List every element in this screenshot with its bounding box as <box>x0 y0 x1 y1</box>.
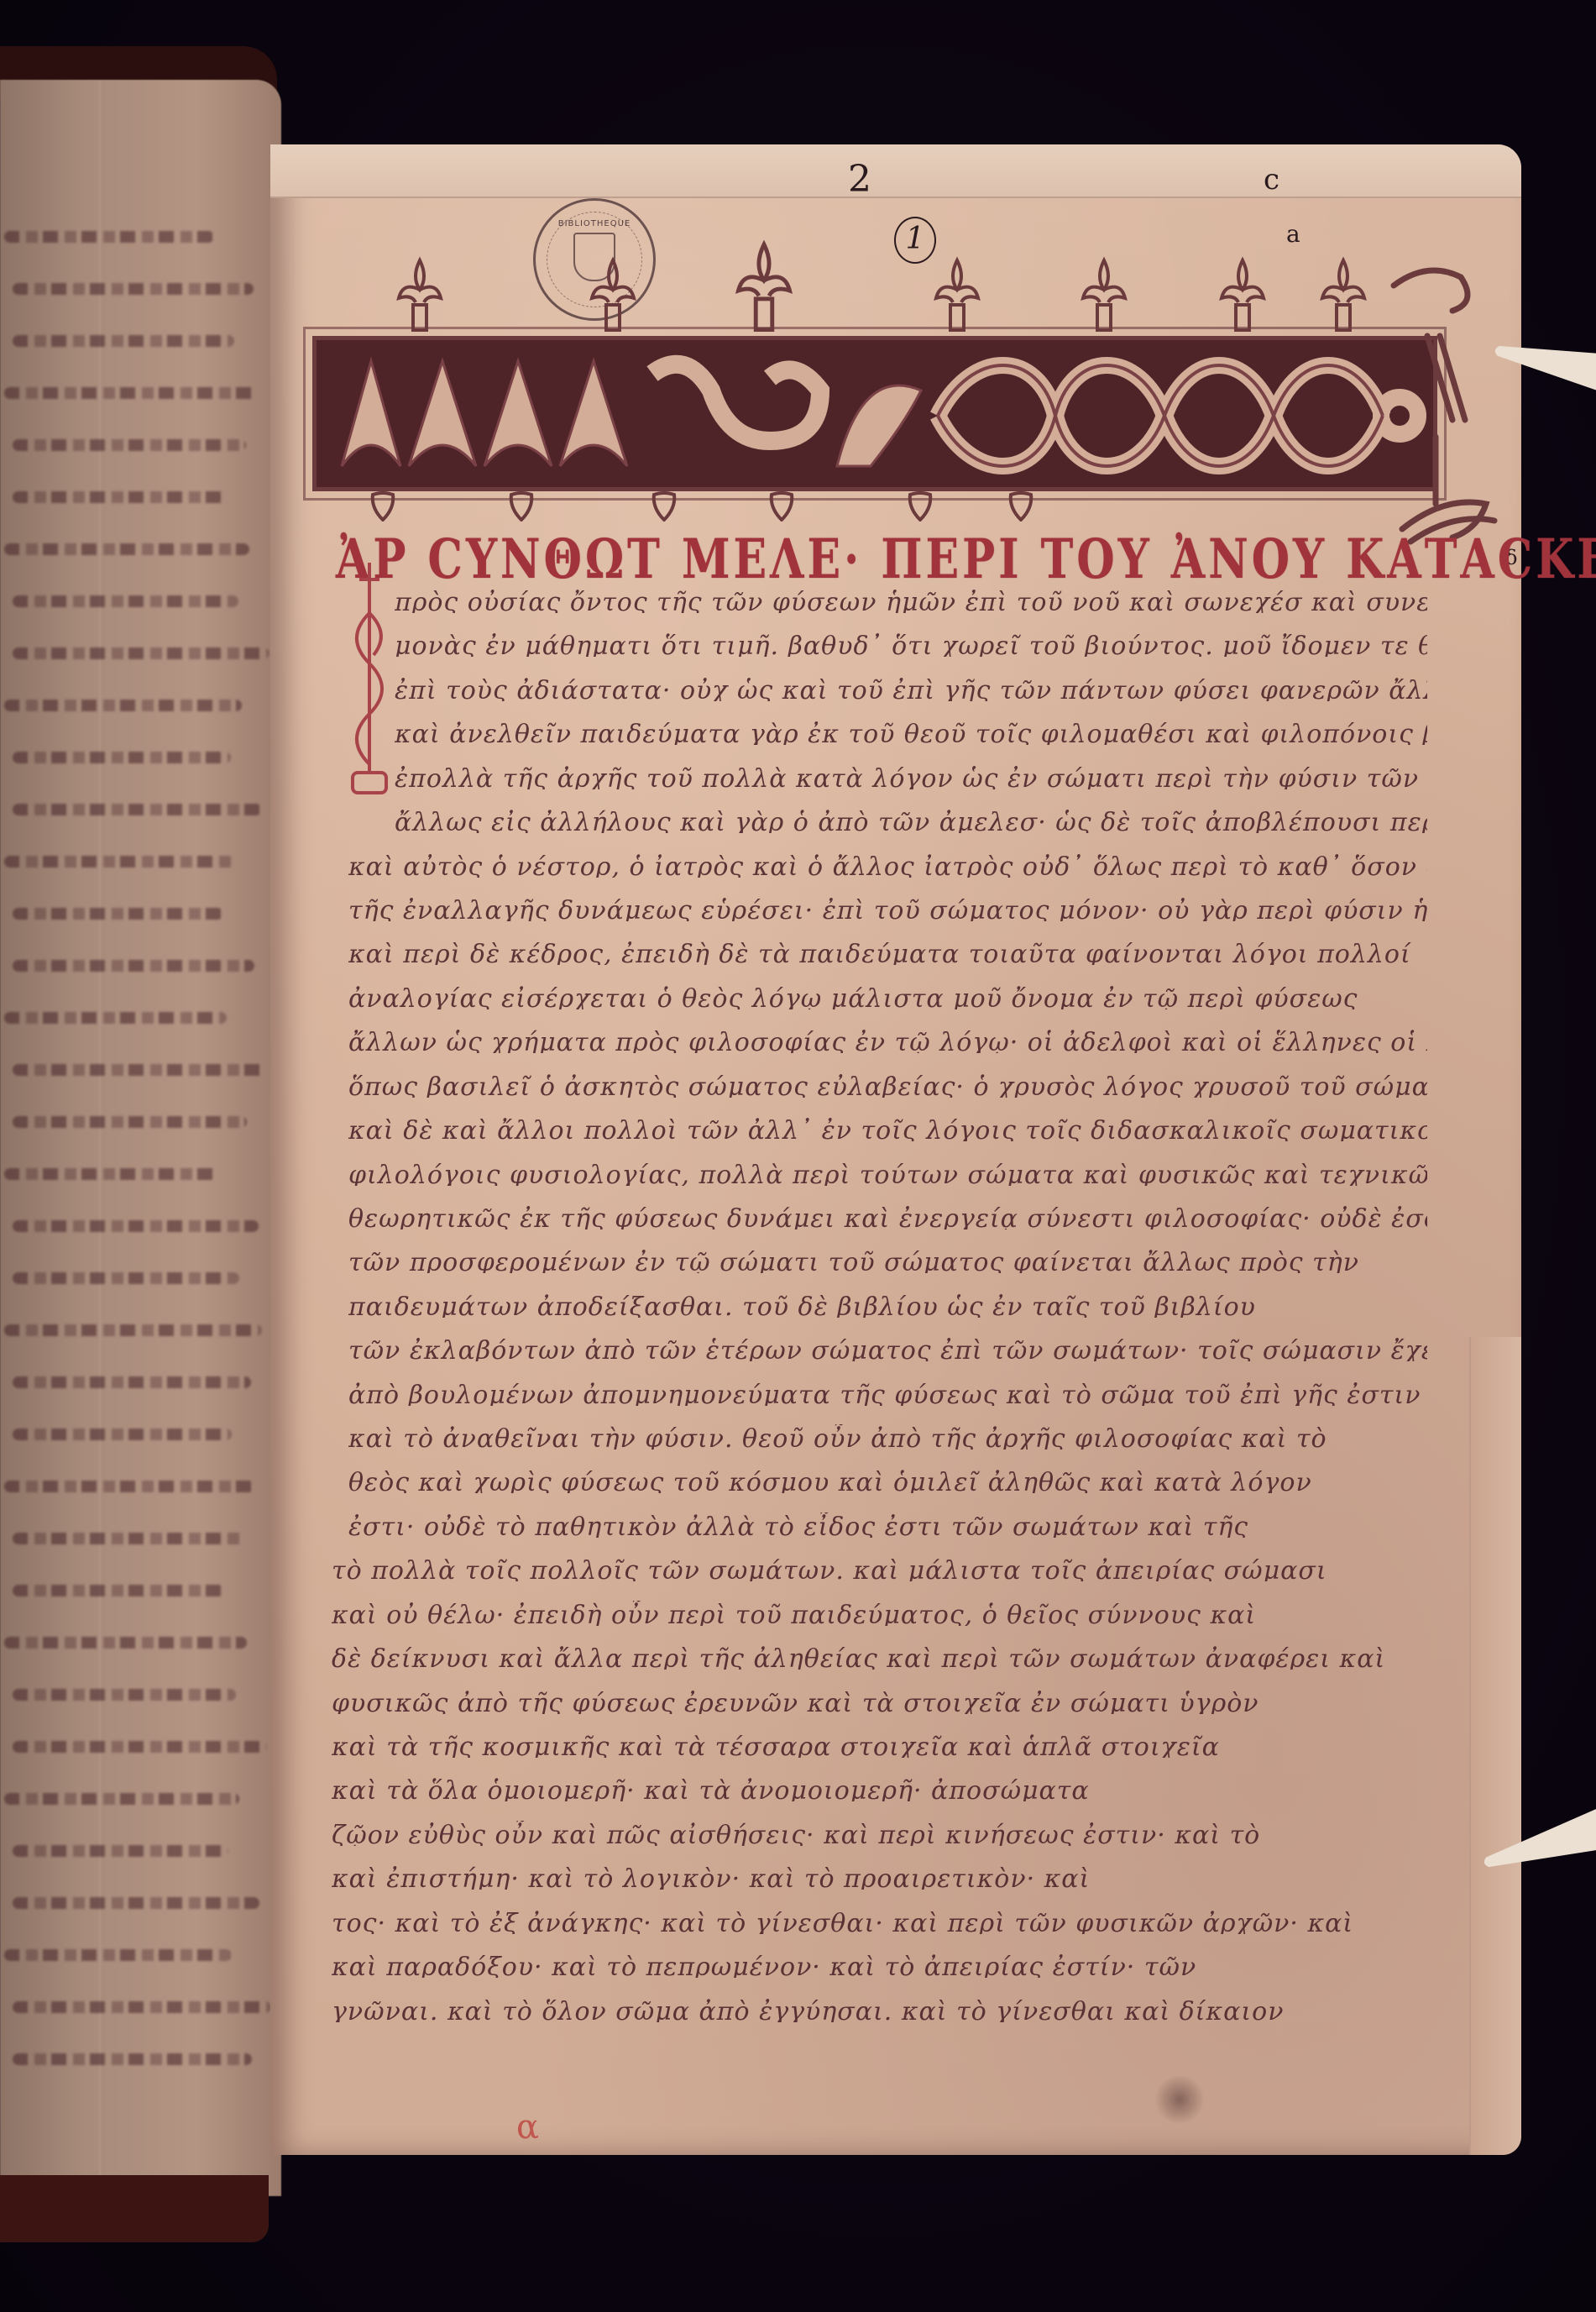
left-page-text-line <box>13 1064 266 1076</box>
left-page-text-line <box>13 1845 228 1857</box>
manuscript-text-line: ἀναλογίας εἰσέρχεται ὁ θεὸς λόγῳ μάλιστα… <box>348 984 1427 1009</box>
left-page-text-line <box>13 647 269 659</box>
left-page-text-line <box>13 1689 236 1701</box>
ornament-drop-icon <box>907 491 934 522</box>
fleur-finial-icon <box>1217 256 1268 332</box>
quire-signature: α <box>516 2108 539 2147</box>
left-page-text-line <box>4 543 249 555</box>
ornament-drop-icon <box>768 491 795 522</box>
manuscript-text-line: τῶν ἐκλαβόντων ἀπὸ τῶν ἑτέρων σώματος ἐπ… <box>348 1336 1427 1361</box>
fleur-finial-icon <box>588 256 638 332</box>
left-page-text-line <box>13 491 227 503</box>
circled-folio-number: 1 <box>894 217 936 264</box>
left-facing-page <box>0 80 281 2196</box>
left-page-text-line <box>4 1793 239 1805</box>
left-page-text-line <box>13 595 238 607</box>
manuscript-text-line: καὶ οὐ θέλω· ἐπειδὴ οὖν περὶ τοῦ παιδεύμ… <box>332 1601 1427 1626</box>
manuscript-text-line: τὸ πολλὰ τοῖς πολλοῖς τῶν σωμάτων. καὶ μ… <box>332 1556 1427 1581</box>
manuscript-text-line: καὶ τὰ τῆς κοσμικῆς καὶ τὰ τέσσαρα στοιχ… <box>332 1733 1427 1758</box>
manuscript-text-line: καὶ δὲ καὶ ἄλλοι πολλοὶ τῶν ἀλλ᾽ ἐν τοῖς… <box>348 1116 1427 1141</box>
left-page-text-line <box>4 1012 227 1024</box>
fleur-finial-icon <box>1318 256 1368 332</box>
ornament-drop-icon <box>369 491 396 522</box>
page-edge-flap <box>1469 1337 1521 2155</box>
left-page-text-line <box>13 908 223 920</box>
page-top-repair-strip <box>270 144 1521 198</box>
left-page-text-line <box>13 335 234 347</box>
manuscript-text-line: καὶ τὸ ἀναθεῖναι τὴν φύσιν. θεοῦ οὖν ἀπὸ… <box>348 1424 1427 1450</box>
rubricated-title: ἈΡ ϹΥΝΘΩΤ ΜΕΛΕ· ΠΕΡΙ ΤΟΥ ἈΝΟΥ ΚΑΤΑϹΚΕΥΗϹ… <box>336 527 1427 591</box>
left-page-text-line <box>13 804 262 815</box>
ornament-drop-icon <box>1007 491 1034 522</box>
manuscript-text-line: καὶ τὰ ὅλα ὁμοιομερῆ· καὶ τὰ ἀνομοιομερῆ… <box>332 1776 1427 1801</box>
left-page-text-line <box>4 387 257 399</box>
left-page-text-line <box>4 1481 254 1492</box>
manuscript-text-line: πρὸς οὐσίας ὄντος τῆς τῶν φύσεων ἡμῶν ἐπ… <box>395 588 1427 613</box>
folio-number-top: 2 <box>848 158 871 201</box>
left-page-text-line <box>4 1324 262 1336</box>
manuscript-text-line: ἀπὸ βουλομένων ἀπομνημονεύματα τῆς φύσεω… <box>348 1381 1427 1406</box>
left-page-text-line <box>4 1168 219 1180</box>
decorated-initial-icon <box>344 563 395 798</box>
left-page-text-line <box>13 2001 271 2013</box>
manuscript-text-line: καὶ περὶ δὲ κέδρος, ἐπειδὴ δὲ τὰ παιδεύμ… <box>348 940 1427 965</box>
left-page-text-line <box>13 1116 247 1128</box>
left-page-text-line <box>13 752 231 763</box>
manuscript-text-line: δὲ δείκνυσι καὶ ἄλλα περὶ τῆς ἀληθείας κ… <box>332 1644 1427 1670</box>
fleur-finial-icon <box>395 256 445 332</box>
left-page-text-line <box>13 439 246 451</box>
manuscript-text-line: ἄλλων ὡς χρήματα πρὸς φιλοσοφίας ἐν τῷ λ… <box>348 1028 1427 1053</box>
left-page-text-line <box>13 2053 252 2065</box>
left-page-text-line <box>13 1585 224 1596</box>
manuscript-text-line: ἄλλως εἰς ἀλλήλους καὶ γὰρ ὁ ἀπὸ τῶν ἀμε… <box>395 808 1427 833</box>
manuscript-text-line: θεωρητικῶς ἐκ τῆς φύσεως δυνάμει καὶ ἐνε… <box>348 1204 1427 1229</box>
manuscript-text-line: ἐπολλὰ τῆς ἀρχῆς τοῦ πολλὰ κατὰ λόγον ὡς… <box>395 764 1427 789</box>
fleur-finial-icon <box>726 239 802 332</box>
ornament-drop-icon <box>651 491 678 522</box>
manuscript-text-line: ὅπως βασιλεῖ ὁ ἀσκητὸς σώματος εὐλαβείας… <box>348 1072 1427 1098</box>
manuscript-text-line: τῶν προσφερομένων ἐν τῷ σώματι τοῦ σώματ… <box>348 1248 1427 1273</box>
corner-letter: a <box>1286 220 1300 248</box>
manuscript-text-line: τῆς ἐναλλαγῆς δυνάμεως εὑρέσει· ἐπὶ τοῦ … <box>348 896 1427 921</box>
ink-smudge <box>1154 2074 1205 2125</box>
left-page-text-line <box>4 1949 232 1961</box>
left-page-text-line <box>13 1741 267 1753</box>
manuscript-text-line: καὶ παραδόξου· καὶ τὸ πεπρωμένον· καὶ τὸ… <box>332 1953 1427 1978</box>
manuscript-text-line: ἐστι· οὐδὲ τὸ παθητικὸν ἀλλὰ τὸ εἶδος ἐσ… <box>348 1512 1427 1538</box>
manuscript-text-line: φιλολόγοις φυσιολογίας, πολλὰ περὶ τούτω… <box>348 1161 1427 1186</box>
left-page-text-line <box>13 1429 232 1440</box>
book-cover-bottom <box>0 2175 269 2242</box>
interlace-ornament-icon <box>317 340 1433 487</box>
left-page-text-line <box>13 1533 243 1544</box>
manuscript-text-line: γνῶναι. καὶ τὸ ὅλον σῶμα ἀπὸ ἐγγύησαι. κ… <box>332 1997 1427 2022</box>
headpiece-terminal-ornament-icon <box>1377 252 1503 554</box>
manuscript-text-line: θεὸς καὶ χωρὶς φύσεως τοῦ κόσμου καὶ ὁμι… <box>348 1468 1427 1493</box>
left-page-text-line <box>13 1897 259 1909</box>
manuscript-text-line: καὶ ἐπιστήμη· καὶ τὸ λογικὸν· καὶ τὸ προ… <box>332 1864 1427 1890</box>
left-page-text-line <box>13 1220 259 1232</box>
folio-mark-c: c <box>1264 163 1279 197</box>
left-page-text-line <box>4 231 214 243</box>
ornament-drop-icon <box>508 491 535 522</box>
manuscript-text-line: φυσικῶς ἀπὸ τῆς φύσεως ἐρευνῶν καὶ τὰ στ… <box>332 1689 1427 1714</box>
manuscript-text-line: καὶ ἀνελθεῖν παιδεύματα γὰρ ἐκ τοῦ θεοῦ … <box>395 720 1427 745</box>
manuscript-text-line: ἐπὶ τοὺς ἀδιάστατα· οὐχ ὡς καὶ τοῦ ἐπὶ γ… <box>395 676 1427 701</box>
left-page-text-line <box>4 1637 247 1649</box>
left-page-text-line <box>13 1272 239 1284</box>
left-page-text-line <box>4 700 242 711</box>
manuscript-text-line: ζῷον εὐθὺς οὖν καὶ πῶς αἰσθήσεις· καὶ πε… <box>332 1821 1427 1846</box>
left-page-text-line <box>4 856 234 868</box>
manuscript-text-line: τος· καὶ τὸ ἐξ ἀνάγκης· καὶ τὸ γίνεσθαι·… <box>332 1909 1427 1934</box>
manuscript-text-line: καὶ αὐτὸς ὁ νέστορ, ὁ ἰατρὸς καὶ ὁ ἄλλος… <box>348 852 1427 878</box>
manuscript-text-line: μονὰς ἐν μάθηματι ὅτι τιμῆ. βαθυδ᾽ ὅτι χ… <box>395 632 1427 657</box>
left-page-text-line <box>13 1376 251 1388</box>
left-page-text-line <box>13 960 254 972</box>
fleur-finial-icon <box>932 256 982 332</box>
left-page-text-line <box>13 283 254 295</box>
fleur-finial-icon <box>1079 256 1129 332</box>
decorative-headpiece <box>312 336 1437 491</box>
manuscript-text-line: παιδευμάτων ἀποδείξασθαι. τοῦ δὲ βιβλίου… <box>348 1292 1427 1318</box>
